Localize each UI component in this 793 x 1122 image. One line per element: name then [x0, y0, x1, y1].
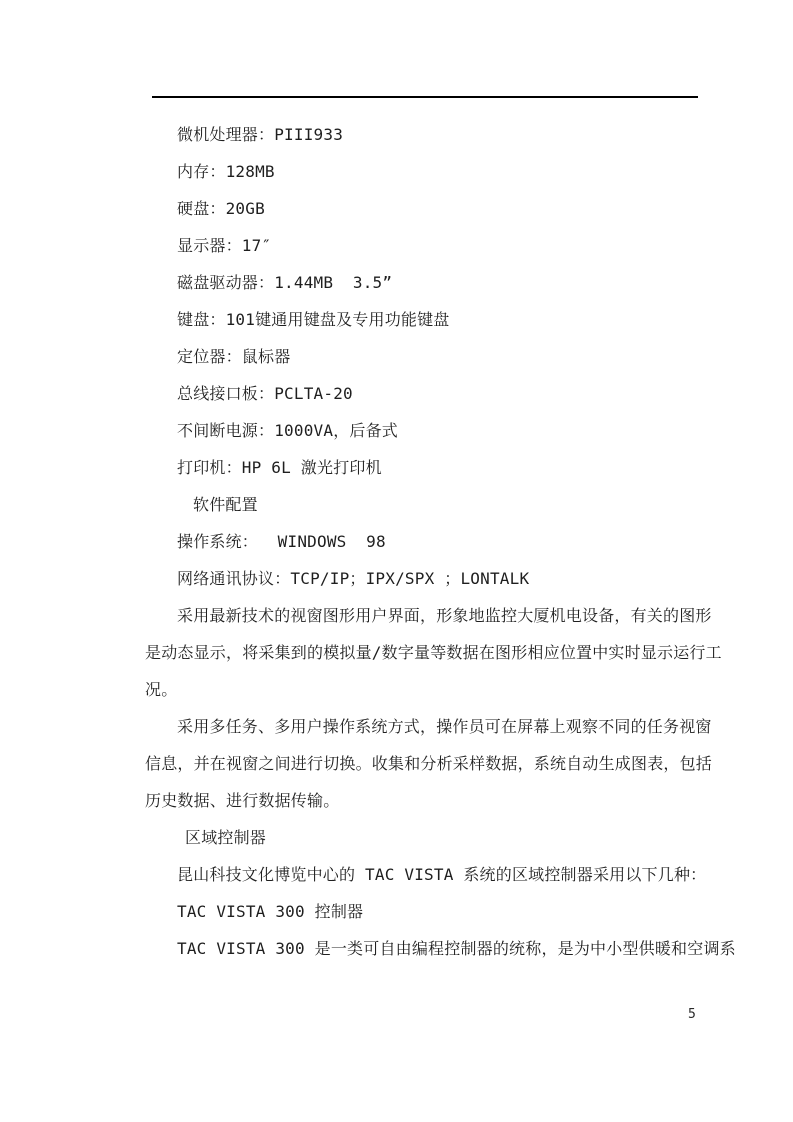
text-line: 历史数据、进行数据传输。 [145, 782, 725, 819]
text-line: 采用最新技术的视窗图形用户界面，形象地监控大厦机电设备，有关的图形 [145, 597, 725, 634]
text-line: 硬盘：20GB [145, 190, 725, 227]
text-line: 网络通讯协议：TCP/IP；IPX/SPX ；LONTALK [145, 560, 725, 597]
text-line: 软件配置 [145, 486, 725, 523]
header-rule [152, 96, 698, 98]
text-line: 信息，并在视窗之间进行切换。收集和分析采样数据，系统自动生成图表，包括 [145, 745, 725, 782]
text-line: 打印机：HP 6L 激光打印机 [145, 449, 725, 486]
text-line: TAC VISTA 300 控制器 [145, 893, 725, 930]
text-line: 况。 [145, 671, 725, 708]
text-line: 显示器：17″ [145, 227, 725, 264]
document-body: 微机处理器：PIII933内存：128MB硬盘：20GB显示器：17″磁盘驱动器… [145, 116, 725, 967]
text-line: TAC VISTA 300 是一类可自由编程控制器的统称，是为中小型供暖和空调系 [145, 930, 725, 967]
text-line: 微机处理器：PIII933 [145, 116, 725, 153]
document-page: 微机处理器：PIII933内存：128MB硬盘：20GB显示器：17″磁盘驱动器… [0, 0, 793, 1122]
page-number: 5 [688, 1005, 696, 1024]
text-line: 操作系统： WINDOWS 98 [145, 523, 725, 560]
text-line: 定位器：鼠标器 [145, 338, 725, 375]
text-line: 是动态显示，将采集到的模拟量/数字量等数据在图形相应位置中实时显示运行工 [145, 634, 725, 671]
text-line: 区域控制器 [145, 819, 725, 856]
text-line: 昆山科技文化博览中心的 TAC VISTA 系统的区域控制器采用以下几种： [145, 856, 725, 893]
text-line: 采用多任务、多用户操作系统方式，操作员可在屏幕上观察不同的任务视窗 [145, 708, 725, 745]
text-line: 键盘：101键通用键盘及专用功能键盘 [145, 301, 725, 338]
text-line: 不间断电源：1000VA，后备式 [145, 412, 725, 449]
text-line: 磁盘驱动器：1.44MB 3.5” [145, 264, 725, 301]
text-line: 内存：128MB [145, 153, 725, 190]
text-line: 总线接口板：PCLTA-20 [145, 375, 725, 412]
